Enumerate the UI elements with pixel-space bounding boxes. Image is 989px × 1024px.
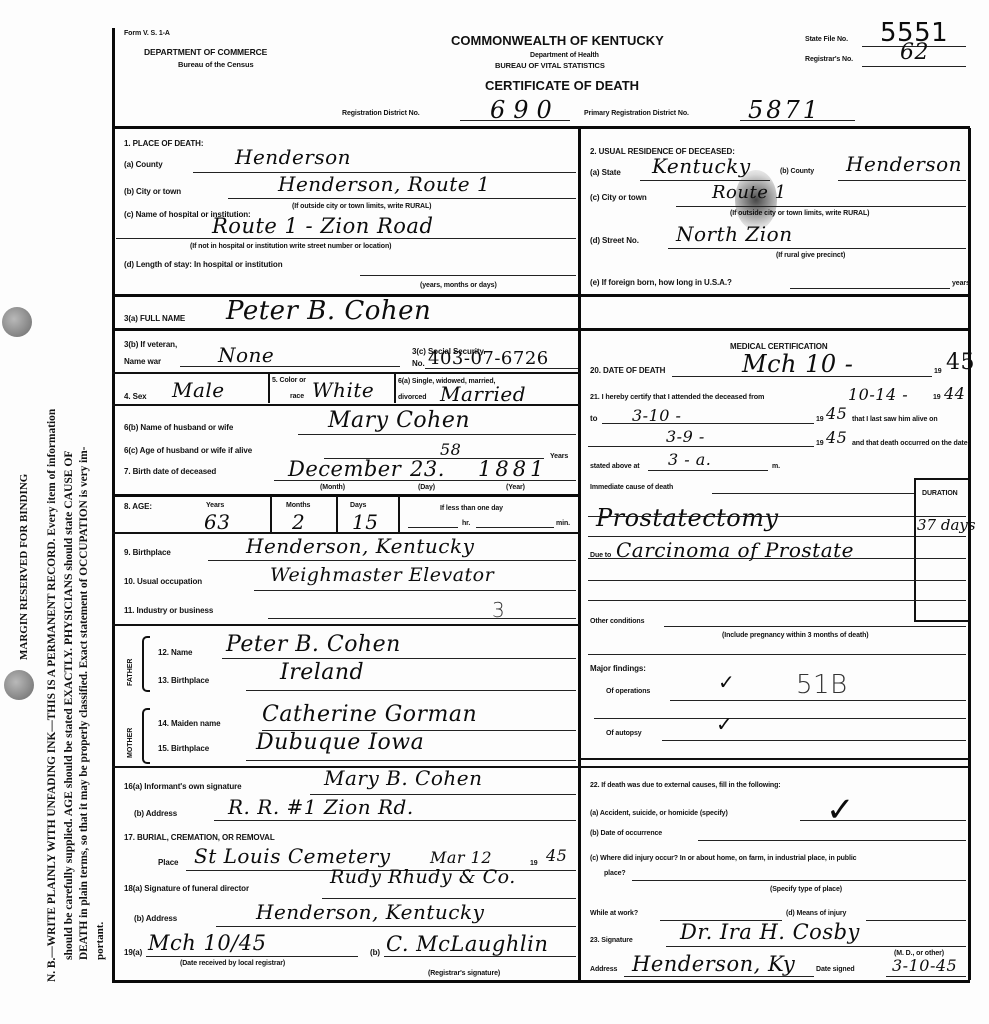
operations-checkmark: ✓ [718,670,735,694]
injury-where-label: (c) Where did injury occur? In or about … [590,855,856,862]
registrar-signature-label: (b) [370,948,380,957]
color-value: White [312,378,374,402]
marital-value: Married [440,382,526,406]
form-left-border [112,28,115,983]
burial-year-value: 45 [546,846,567,865]
burial-year-prefix: 19 [530,860,538,867]
other-conditions-line [664,626,966,627]
physician-address-line [624,976,814,977]
ssn-value: 403-07-6726 [428,348,549,369]
injury-place-note: (Specify type of place) [770,886,842,893]
registration-district-underline [460,120,570,121]
registration-district-label: Registration District No. [342,110,420,117]
immediate-cause-line-2 [588,516,966,517]
attended-from-value: 10-14 - [848,385,908,404]
form-right-border [968,128,971,980]
immediate-cause-label: Immediate cause of death [590,484,673,491]
department-of-health: Department of Health [530,52,599,59]
foreign-born-unit: years [952,280,970,287]
state-file-label: State File No. [805,36,848,43]
age-years-value: 63 [204,510,230,534]
funeral-director-value: Rudy Rhudy & Co. [330,866,516,888]
injury-place-line [632,880,966,881]
findings-bottom-rule-2 [580,766,970,768]
burial-place-label: Place [158,858,178,867]
length-of-stay-line [360,275,576,276]
residence-state-value: Kentucky [652,154,751,178]
sex-color-divider [268,373,270,403]
less-than-day-label: If less than one day [440,505,503,512]
commonwealth-title: COMMONWEALTH OF KENTUCKY [451,33,664,48]
received-date-value: Mch 10/45 [148,931,266,955]
industry-line [268,618,576,619]
while-at-work-label: While at work? [590,910,638,917]
death-time-line [648,470,768,471]
accident-label: (a) Accident, suicide, or homicide (spec… [590,810,728,817]
row-divider-birth [112,494,580,497]
sex-label: 4. Sex [124,392,147,401]
row-divider-industry [112,624,580,626]
instructions-line-3: DEATH in plain terms, so that it may be … [78,447,90,960]
primary-district-underline [740,120,855,121]
length-of-stay-label: (d) Length of stay: In hospital or insti… [124,260,283,269]
margin-reserved-label: MARGIN RESERVED FOR BINDING [18,474,30,660]
department-name: DEPARTMENT OF COMMERCE [144,47,267,57]
date-of-death-label: 20. DATE OF DEATH [590,366,665,375]
date-signed-label: Date signed [816,966,855,973]
father-name-value: Peter B. Cohen [226,632,401,657]
mother-name-label: 14. Maiden name [158,719,221,728]
residence-street-label: (d) Street No. [590,236,639,245]
death-year-prefix: 19 [934,368,942,375]
attended-from-year-prefix: 19 [933,394,941,401]
spouse-name-line [298,434,576,435]
informant-address-line [214,820,576,821]
occupation-value: Weighmaster Elevator [270,564,494,586]
residence-state-label: (a) State [590,168,621,177]
attended-to-year: 45 [826,404,847,423]
residence-county-value: Henderson [846,152,962,176]
form-bottom-rule [112,980,970,983]
color-marital-divider [394,373,396,403]
operations-line [670,700,966,701]
attended-from-year: 44 [944,384,965,403]
age-days-label: Days [350,502,366,509]
death-city-label: (b) City or town [124,187,181,196]
name-war-label: Name war [124,357,161,366]
burial-heading: 17. BURIAL, CREMATION, OR REMOVAL [124,833,275,842]
burial-place-value: St Louis Cemetery [194,844,391,868]
residence-street-note: (If rural give precinct) [776,252,845,259]
occupation-label: 10. Usual occupation [124,577,202,586]
received-date-line [146,956,358,957]
attended-to-label: to [590,414,597,423]
hours-label: hr. [462,520,470,527]
mother-name-value: Catherine Gorman [262,702,477,727]
full-name-value: Peter B. Cohen [226,296,431,326]
stated-above-label: stated above at [590,463,639,470]
registrar-number-label: Registrar's No. [805,56,853,63]
physician-address-label: Address [590,966,617,973]
last-seen-year-prefix: 19 [816,440,824,447]
instructions-line-4: portant. [94,922,106,960]
birthplace-label: 9. Birthplace [124,548,171,557]
birth-month-caption: (Month) [320,484,345,491]
other-conditions-line-2 [588,654,966,655]
section-divider-2 [112,328,970,331]
death-year-value: 45 [946,350,975,375]
accident-line [800,820,966,821]
mother-birthplace-line [246,760,576,761]
race-label: race [290,393,304,400]
bureau-vital-statistics: BUREAU OF VITAL STATISTICS [495,61,605,70]
registrar-signature-line [384,956,576,957]
date-of-death-value: Mch 10 - [742,350,853,378]
birthplace-line [208,560,576,561]
last-seen-value: 3-9 - [666,427,705,446]
spouse-age-unit: Years [550,453,568,460]
residence-county-label: (b) County [780,168,814,175]
accident-checkmark: ✓ [826,790,855,830]
received-caption: (Date received by local registrar) [180,960,285,967]
full-name-label: 3(a) FULL NAME [124,314,185,323]
due-to-line-1 [588,558,966,559]
other-conditions-label: Other conditions [590,618,644,625]
means-of-injury-line [866,920,966,921]
autopsy-checkmark: ✓ [716,712,733,736]
industry-label: 11. Industry or business [124,606,213,615]
sex-value: Male [172,378,225,402]
father-name-label: 12. Name [158,648,192,657]
death-county-value: Henderson [235,145,351,169]
institution-value: Route 1 - Zion Road [212,214,433,238]
residence-street-line [668,248,966,249]
burial-date-value: Mar 12 [430,848,492,867]
last-seen-year: 45 [826,428,847,447]
binding-hole-top [2,307,32,337]
ssn-line [425,368,578,369]
foreign-born-label: (e) If foreign born, how long in U.S.A.? [590,278,732,287]
external-causes-heading: 22. If death was due to external causes,… [590,782,781,789]
father-birthplace-label: 13. Birthplace [158,676,209,685]
major-findings-heading: Major findings: [590,664,646,673]
informant-address-label: (b) Address [134,809,177,818]
instructions-line-2: should be carefully supplied. AGE should… [62,450,75,960]
residence-city-note: (If outside city or town limits, write R… [730,210,869,217]
classification-code: 51B [796,670,848,700]
physician-signature-value: Dr. Ira H. Cosby [680,920,860,944]
mother-birthplace-value: Dubuque Iowa [256,730,424,755]
registrar-number: 62 [900,40,929,65]
funeral-address-value: Henderson, Kentucky [256,900,484,924]
mother-caption: MOTHER [127,728,134,758]
age-divider-3 [398,496,400,532]
certificate-title: CERTIFICATE OF DEATH [485,78,639,93]
primary-district-label: Primary Registration District No. [584,110,689,117]
means-of-injury-label: (d) Means of injury [786,910,846,917]
date-signed-value: 3-10-45 [892,956,957,975]
column-divider [578,128,581,980]
death-county-label: (a) County [124,160,163,169]
birth-date-line [274,480,576,481]
minutes-line [476,527,554,528]
attended-to-line [602,423,814,424]
binding-hole-bottom [4,670,34,700]
duration-value: 37 days [917,516,976,534]
findings-bottom-rule-1 [580,758,970,760]
veteran-label: 3(b) If veteran, [124,340,177,349]
ssn-no-label: No. [412,359,425,368]
other-conditions-note: (Include pregnancy within 3 months of de… [722,632,869,639]
funeral-address-line [216,926,576,927]
hours-line [408,527,458,528]
age-label: 8. AGE: [124,502,152,511]
occurrence-date-line [698,840,966,841]
funeral-director-line [322,898,576,899]
mother-bracket [142,708,150,764]
informant-signature-value: Mary B. Cohen [324,766,482,790]
residence-city-line [676,206,966,207]
birth-day-caption: (Day) [418,484,435,491]
form-number: Form V. S. 1-A [124,30,170,37]
birth-day-value: 23. [410,457,445,481]
immediate-cause-line-1 [712,493,916,494]
institution-line [116,238,576,239]
last-seen-text: that I last saw him alive on [852,416,938,423]
age-divider-1 [270,496,272,532]
foreign-born-line [790,288,950,289]
age-days-value: 15 [352,510,378,534]
age-months-value: 2 [292,510,305,534]
operations-line-2 [594,718,966,719]
age-months-label: Months [286,502,310,509]
occurrence-date-label: (b) Date of occurrence [590,830,662,837]
death-time-unit: m. [772,463,780,470]
immediate-cause-line-3 [588,536,966,537]
due-to-line-3 [588,600,966,601]
attended-to-year-prefix: 19 [816,416,824,423]
birth-date-label: 7. Birth date of deceased [124,467,216,476]
minutes-label: min. [556,520,570,527]
attended-text: 21. I hereby certify that I attended the… [590,392,764,401]
divorced-label: divorced [398,394,426,401]
age-years-label: Years [206,502,224,509]
veteran-line [180,366,400,367]
physician-address-value: Henderson, Ky [632,952,795,976]
autopsy-label: Of autopsy [606,730,642,737]
death-occurred-text: and that death occurred on the date [852,440,968,447]
registrar-signature-value: C. McLaughlin [386,932,548,956]
death-city-note: (If outside city or town limits, write R… [292,203,431,210]
color-label: 5. Color or [272,377,306,384]
due-to-line-2 [588,580,966,581]
birth-month-value: December [288,457,401,481]
received-label: 19(a) [124,948,142,957]
autopsy-line [662,740,966,741]
immediate-cause-value: Prostatectomy [596,504,779,532]
registrar-caption: (Registrar's signature) [428,970,500,977]
funeral-address-label: (b) Address [134,914,177,923]
residence-city-value: Route 1 [712,182,787,203]
spouse-name-label: 6(b) Name of husband or wife [124,423,233,432]
death-time-value: 3 - a. [668,450,711,469]
birth-year-value: 1881 [478,457,547,481]
birth-year-caption: (Year) [506,484,525,491]
residence-street-value: North Zion [676,222,793,246]
last-seen-line [588,446,814,447]
form-top-rule [112,126,970,129]
institution-note: (If not in hospital or institution write… [190,243,391,250]
length-of-stay-note: (years, months or days) [420,282,497,289]
veteran-value: None [218,343,274,367]
father-bracket [142,636,150,692]
mother-birthplace-label: 15. Birthplace [158,744,209,753]
operations-label: Of operations [606,688,650,695]
spouse-age-label: 6(c) Age of husband or wife if alive [124,446,252,455]
funeral-director-label: 18(a) Signature of funeral director [124,884,249,893]
father-birthplace-value: Ireland [280,660,364,685]
date-of-death-line [672,376,932,377]
death-city-line [228,198,576,199]
registrar-number-underline [862,66,966,67]
father-name-line [222,658,576,659]
informant-signature-label: 16(a) Informant's own signature [124,782,242,791]
physician-signature-label: 23. Signature [590,937,633,944]
birthplace-value: Henderson, Kentucky [246,534,474,558]
instructions-line-1: N. B.—WRITE PLAINLY WITH UNFADING INK—TH… [46,409,58,982]
spouse-name-value: Mary Cohen [328,408,470,433]
duration-heading: DURATION [922,490,958,497]
father-caption: FATHER [127,659,134,686]
row-divider-veteran [112,372,580,374]
father-birthplace-line [246,690,576,691]
occupation-line [254,590,576,591]
residence-county-line [838,180,966,181]
place-of-death-heading: 1. PLACE OF DEATH: [124,139,203,148]
bureau-name: Bureau of the Census [178,60,254,69]
informant-address-value: R. R. #1 Zion Rd. [228,795,414,819]
date-signed-line [886,976,966,977]
age-divider-2 [336,496,338,532]
row-divider-sex [112,404,580,406]
physician-signature-line [666,946,966,947]
residence-city-label: (c) City or town [590,193,647,202]
injury-place-label: place? [604,870,626,877]
death-city-value: Henderson, Route 1 [278,172,490,196]
